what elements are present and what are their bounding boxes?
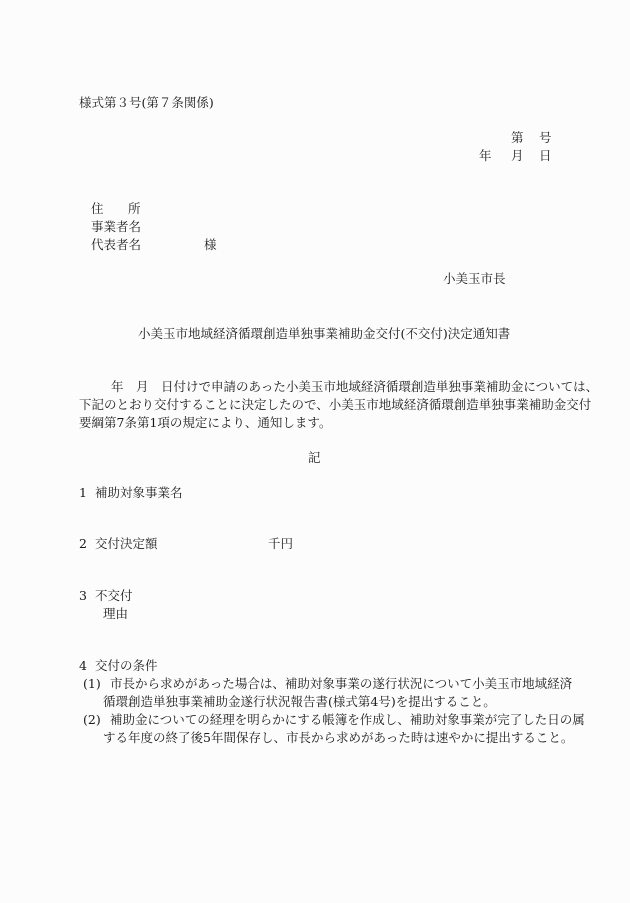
ki-heading: 記 (308, 452, 321, 465)
issuer: 小美玉市長 (443, 273, 506, 286)
date-month: 月 (511, 150, 524, 163)
document-title: 小美玉市地域経済循環創造単独事業補助金交付(不交付)決定通知書 (138, 328, 510, 341)
doc-number-dai: 第 (511, 132, 524, 145)
condition-2-line-1: 補助金についての経理を明らかにする帳簿を作成し、補助対象事業が完了した日の属 (110, 714, 585, 727)
date-day: 日 (539, 150, 552, 163)
document-page: 様式第３号(第７条関係) 第 号 年 月 日 住 所 事業者名 代表者名 様 小… (0, 0, 630, 903)
item-1-number: 1 (79, 487, 87, 500)
item-2-number: 2 (79, 538, 87, 551)
item-4-number: 4 (79, 660, 87, 673)
item-3-sub-label: 理由 (103, 608, 128, 621)
body-line-3: 要綱第7条第1項の規定により、通知します。 (79, 417, 331, 430)
item-2-unit: 千円 (268, 538, 293, 551)
address-label-1: 住 (91, 203, 104, 216)
business-name-label: 事業者名 (91, 221, 141, 234)
condition-2-number: (2) (83, 714, 101, 727)
item-3-label: 不交付 (95, 590, 133, 603)
body-line-2: 下記のとおり交付することに決定したので、小美玉市地域経済循環創造単独事業補助金交… (79, 399, 591, 412)
item-3-number: 3 (79, 590, 87, 603)
item-1-label: 補助対象事業名 (95, 487, 183, 500)
item-2-label: 交付決定額 (95, 538, 158, 551)
condition-1-line-2: 循環創造単独事業補助金遂行状況報告書(様式第4号)を提出すること。 (103, 696, 496, 709)
form-number: 様式第３号(第７条関係) (79, 97, 214, 110)
doc-number-go: 号 (539, 132, 552, 145)
condition-2-line-2: する年度の終了後5年間保存し、市長から求めがあった時は速やかに提出すること。 (103, 732, 573, 745)
date-year: 年 (479, 150, 492, 163)
body-line-1: 年 月 日付けで申請のあった小美玉市地域経済循環創造単独事業補助金については、 (111, 381, 598, 394)
condition-1-line-1: 市長から求めがあった場合は、補助対象事業の遂行状況について小美玉市地域経済 (110, 678, 572, 691)
condition-1-number: (1) (83, 678, 101, 691)
item-4-label: 交付の条件 (95, 660, 158, 673)
address-label-2: 所 (128, 203, 141, 216)
representative-label: 代表者名 (91, 239, 141, 252)
honorific: 様 (204, 239, 217, 252)
